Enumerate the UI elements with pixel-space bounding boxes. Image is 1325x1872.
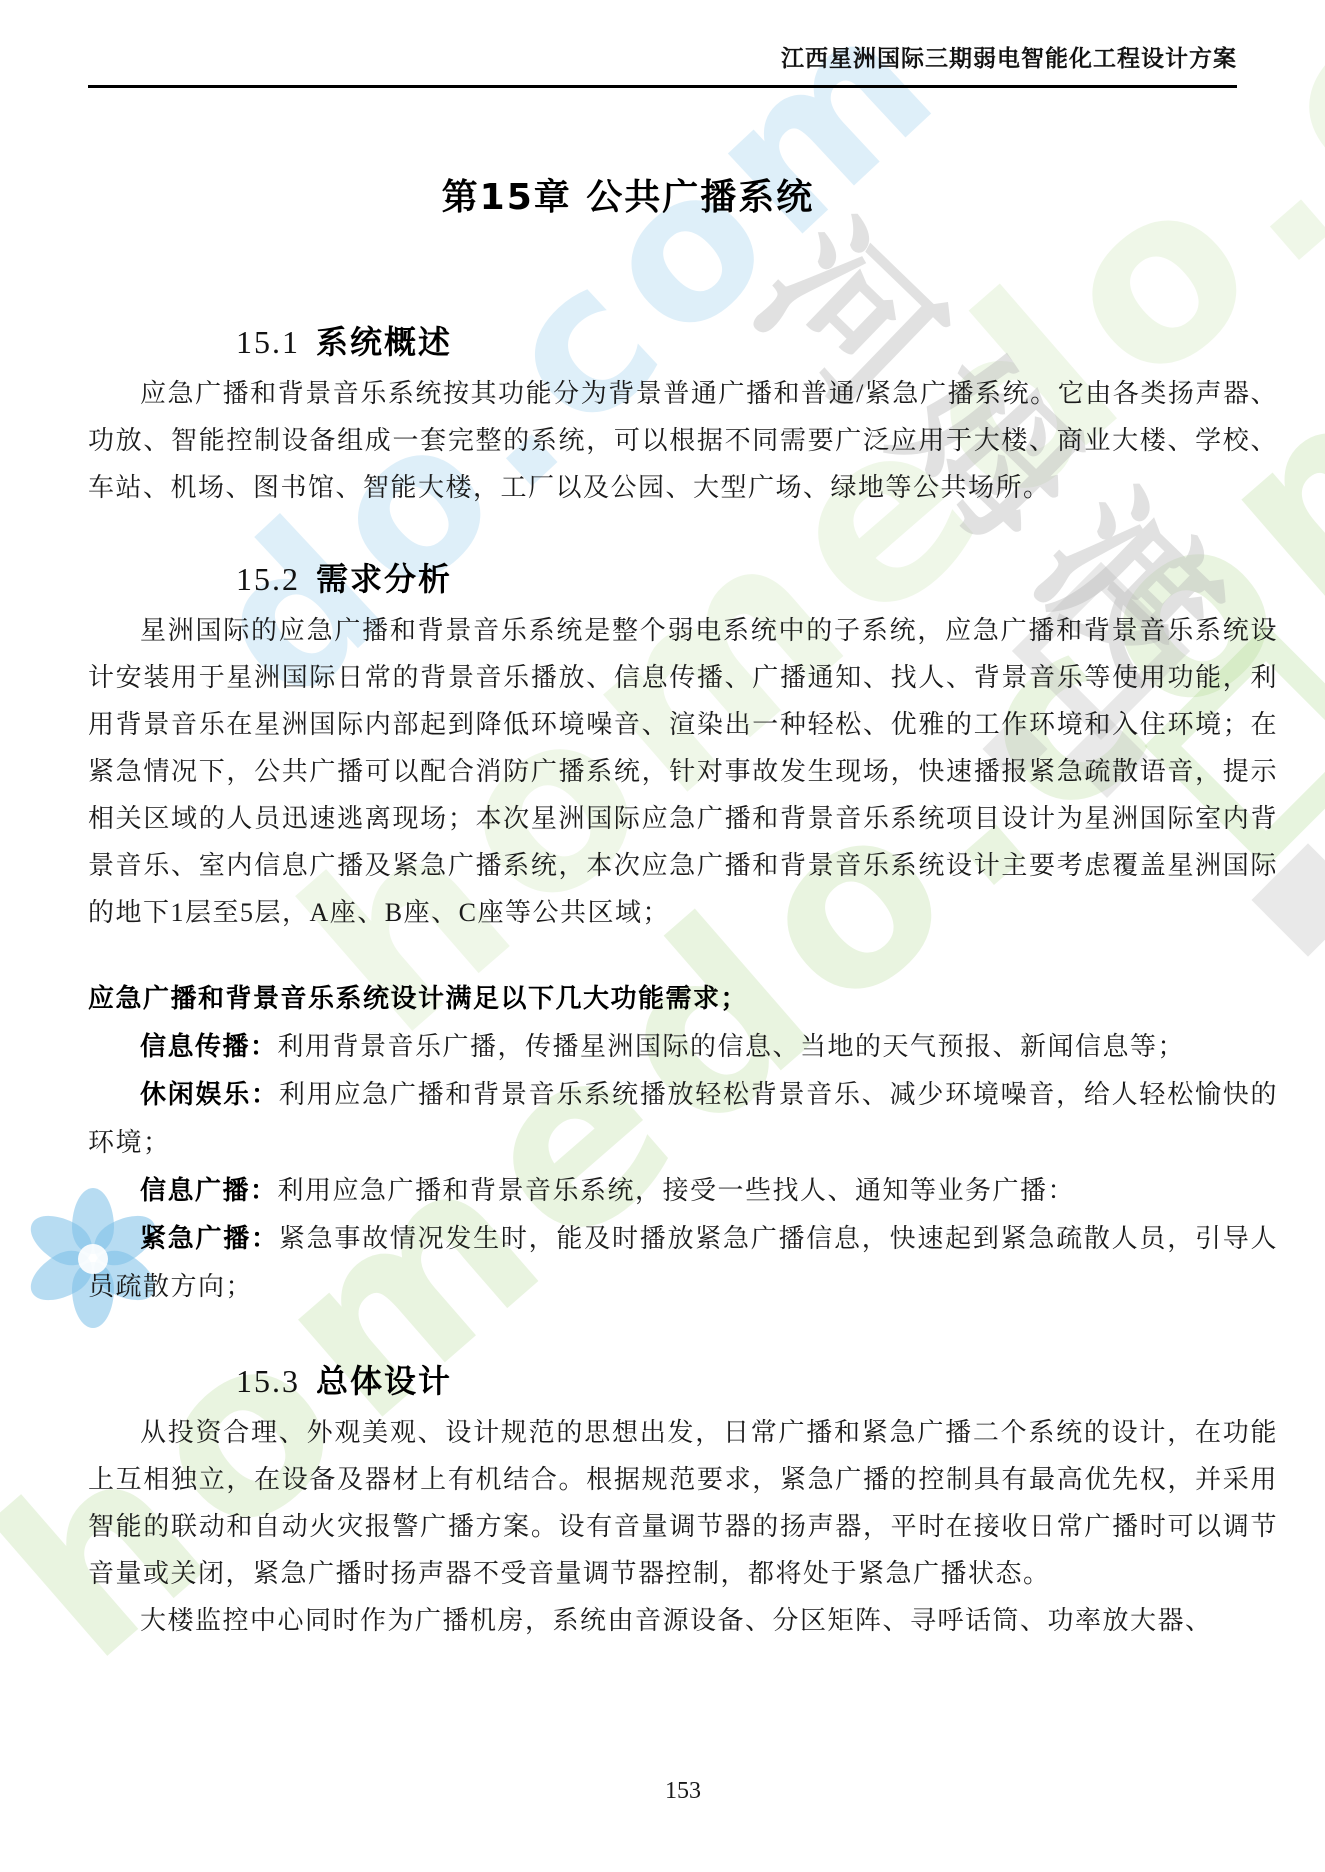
chapter-title: 第15章 公共广播系统 <box>33 172 1223 224</box>
feature-item-label: 信息广播： <box>140 1176 278 1206</box>
section-heading-15-1: 15.1系统概述 <box>88 318 1278 370</box>
feature-item-text: 利用背景音乐广播，传播星洲国际的信息、当地的天气预报、新闻信息等； <box>278 1032 1186 1061</box>
section-title: 需求分析 <box>316 560 452 598</box>
body-paragraph: 星洲国际的应急广播和背景音乐系统是整个弱电系统中的子系统，应急广播和背景音乐系统… <box>88 607 1278 936</box>
section-title: 总体设计 <box>316 1362 452 1400</box>
feature-item: 信息传播：利用背景音乐广播，传播星洲国际的信息、当地的天气预报、新闻信息等； <box>88 1023 1278 1071</box>
feature-item-label: 紧急广播： <box>140 1224 279 1254</box>
section-title: 系统概述 <box>316 323 452 361</box>
emphasis-line: 应急广播和背景音乐系统设计满足以下几大功能需求； <box>88 976 1278 1023</box>
feature-item: 休闲娱乐：利用应急广播和背景音乐系统播放轻松背景音乐、减少环境噪音，给人轻松愉快… <box>88 1071 1278 1167</box>
feature-item: 信息广播：利用应急广播和背景音乐系统，接受一些找人、通知等业务广播： <box>88 1167 1278 1215</box>
page-number: 153 <box>88 1768 1278 1815</box>
section-number: 15.3 <box>236 1363 300 1399</box>
doc-header: 江西星洲国际三期弱电智能化工程设计方案 <box>88 40 1237 88</box>
section-number: 15.1 <box>236 324 300 360</box>
section-number: 15.2 <box>236 561 300 597</box>
body-paragraph: 应急广播和背景音乐系统按其功能分为背景普通广播和普通/紧急广播系统。它由各类扬声… <box>88 370 1278 511</box>
document-page: homedo.com homedo.com do.com 河姆渡 江西星洲国际三… <box>0 0 1325 1872</box>
section-heading-15-3: 15.3总体设计 <box>88 1357 1278 1409</box>
body-paragraph: 大楼监控中心同时作为广播机房，系统由音源设备、分区矩阵、寻呼话筒、功率放大器、 <box>88 1597 1278 1644</box>
doc-body: 第15章 公共广播系统 15.1系统概述 应急广播和背景音乐系统按其功能分为背景… <box>88 96 1278 1644</box>
body-paragraph: 从投资合理、外观美观、设计规范的思想出发，日常广播和紧急广播二个系统的设计，在功… <box>88 1409 1278 1597</box>
feature-item-text: 利用应急广播和背景音乐系统，接受一些找人、通知等业务广播： <box>278 1176 1076 1205</box>
feature-item-label: 信息传播： <box>140 1032 278 1062</box>
section-heading-15-2: 15.2需求分析 <box>88 555 1278 607</box>
feature-item-label: 休闲娱乐： <box>140 1080 279 1110</box>
feature-item: 紧急广播：紧急事故情况发生时，能及时播放紧急广播信息，快速起到紧急疏散人员，引导… <box>88 1215 1278 1311</box>
